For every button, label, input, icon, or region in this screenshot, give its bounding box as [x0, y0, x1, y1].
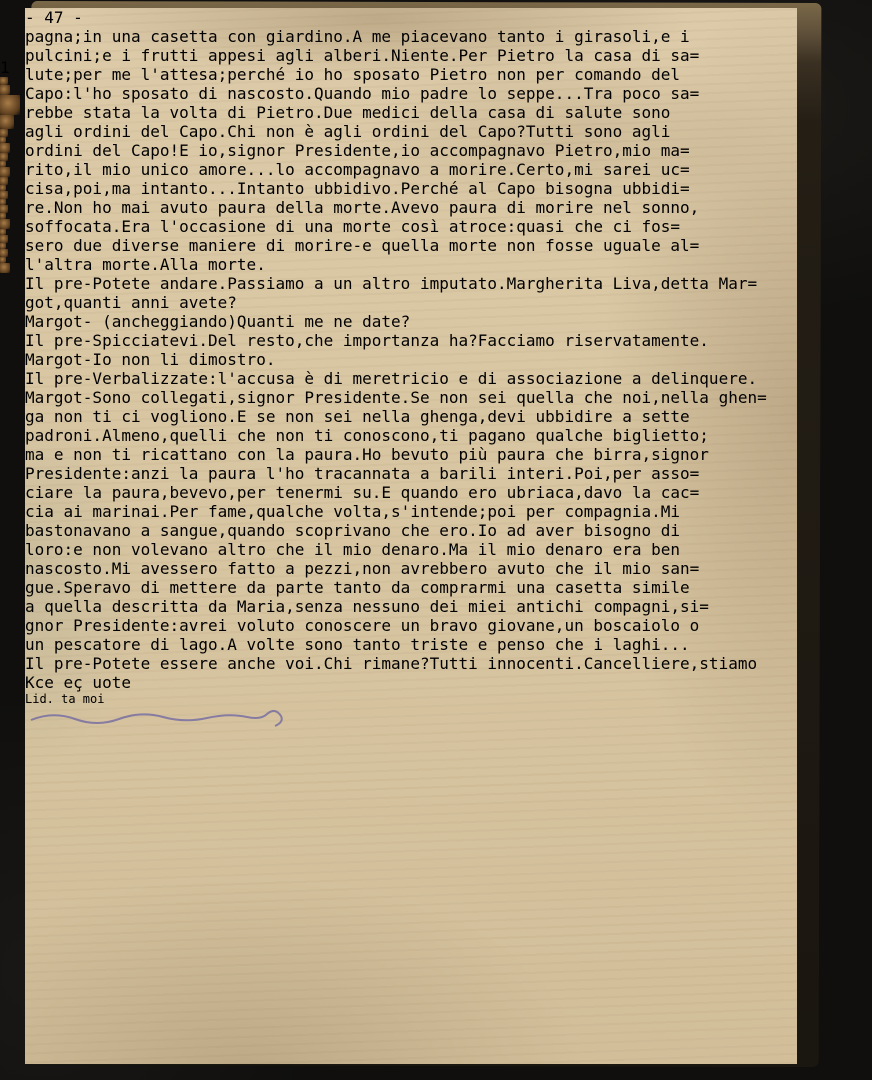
dialogue-text: gnor Presidente:avrei voluto conoscere u…	[25, 616, 699, 635]
wormhole-stain	[0, 205, 8, 213]
wormhole-stain	[0, 95, 20, 115]
dialogue-line: bastonavano a sangue,quando scoprivano c…	[25, 521, 797, 540]
dialogue-text: -Io non li dimostro.	[83, 350, 276, 369]
speaker-label: Il pre	[25, 369, 83, 388]
dialogue-line: Il pre-Spicciatevi.Del resto,che importa…	[25, 331, 797, 350]
monologue-line: soffocata.Era l'occasione di una morte c…	[25, 217, 797, 236]
typed-text-column: pagna;in una casetta con giardino.A me p…	[25, 27, 797, 673]
dialogue-line: a quella descritta da Maria,senza nessun…	[25, 597, 797, 616]
dialogue-text: loro:e non volevano altro che il mio den…	[25, 540, 680, 559]
dialogue-text: Presidente:anzi la paura l'ho tracannata…	[25, 464, 699, 483]
dialogue-text: bastonavano a sangue,quando scoprivano c…	[25, 521, 680, 540]
dialogue-line: cia ai marinai.Per fame,qualche volta,s'…	[25, 502, 797, 521]
wormhole-stain	[0, 129, 8, 137]
speaker-label: Margot	[25, 388, 83, 407]
monologue-line: sero due diverse maniere di morire-e que…	[25, 236, 797, 255]
dialogue-text: -Sono collegati,signor Presidente.Se non…	[83, 388, 767, 407]
speaker-label: Il pre	[25, 274, 83, 293]
dialogue-text: ga non ti ci vogliono.E se non sei nella…	[25, 407, 690, 426]
wormhole-stain	[0, 143, 10, 153]
monologue-line: ordini del Capo!E io,signor Presidente,i…	[25, 141, 797, 160]
monologue-line: cisa,poi,ma intanto...Intanto ubbidivo.P…	[25, 179, 797, 198]
dialogue-text: ma e non ti ricattano con la paura.Ho be…	[25, 445, 709, 464]
page-number: - 47 -	[25, 8, 797, 27]
dialogue-line: Margot-Io non li dimostro.	[25, 350, 797, 369]
handwritten-note: Lid. ta moi	[25, 692, 797, 706]
wormhole-stain	[0, 153, 8, 161]
wormhole-stain	[0, 85, 10, 95]
monologue-line: rito,il mio unico amore...lo accompagnav…	[25, 160, 797, 179]
speaker-label: Il pre	[25, 331, 83, 350]
monologue-line: Capo:l'ho sposato di nascosto.Quando mio…	[25, 84, 797, 103]
dialogue-line: ciare la paura,bevevo,per tenermi su.E q…	[25, 483, 797, 502]
dialogue-line: Presidente:anzi la paura l'ho tracannata…	[25, 464, 797, 483]
handwritten-wavy-underline	[25, 706, 285, 732]
wormhole-stain	[0, 191, 8, 199]
dialogue-line: Il pre-Verbalizzate:l'accusa è di meretr…	[25, 369, 797, 388]
wormhole-stain	[0, 249, 8, 257]
monologue-line: re.Non ho mai avuto paura della morte.Av…	[25, 198, 797, 217]
dialogue-line: gue.Speravo di mettere da parte tanto da…	[25, 578, 797, 597]
handwritten-note: Kce eç uote	[25, 673, 797, 692]
dialogue-text: padroni.Almeno,quelli che non ti conosco…	[25, 426, 709, 445]
scanner-background: - 47 - pagna;in una casetta con giardino…	[0, 0, 872, 1080]
dialogue-text: ciare la paura,bevevo,per tenermi su.E q…	[25, 483, 699, 502]
dialogue-text: gue.Speravo di mettere da parte tanto da…	[25, 578, 690, 597]
dialogue-line: Il pre-Potete andare.Passiamo a un altro…	[25, 274, 797, 293]
wormhole-stain	[0, 167, 10, 177]
monologue-line: lute;per me l'attesa;perché io ho sposat…	[25, 65, 797, 84]
monologue-line: l'altra morte.Alla morte.	[25, 255, 797, 274]
dialogue-text: -Potete andare.Passiamo a un altro imput…	[83, 274, 757, 293]
dialogue-text: nascosto.Mi avessero fatto a pezzi,non a…	[25, 559, 699, 578]
dialogue-text: un pescatore di lago.A volte sono tanto …	[25, 635, 690, 654]
dialogue-line: un pescatore di lago.A volte sono tanto …	[25, 635, 797, 654]
dialogue-line: Il pre-Potete essere anche voi.Chi riman…	[25, 654, 797, 673]
dialogue-line: Margot-Sono collegati,signor Presidente.…	[25, 388, 797, 407]
dialogue-text: -Verbalizzate:l'accusa è di meretricio e…	[83, 369, 757, 388]
wormhole-stain	[0, 263, 10, 273]
dialogue-text: -Potete essere anche voi.Chi rimane?Tutt…	[83, 654, 757, 673]
tab-mark: 1	[0, 58, 10, 77]
dialogue-line: padroni.Almeno,quelli che non ti conosco…	[25, 426, 797, 445]
dialogue-text: -Spicciatevi.Del resto,che importanza ha…	[83, 331, 709, 350]
mirrored-typescript-layer: - 47 - pagna;in una casetta con giardino…	[25, 8, 797, 673]
speaker-label: Il pre	[25, 654, 83, 673]
speaker-label: Margot	[25, 350, 83, 369]
dialogue-line: got,quanti anni avete?	[25, 293, 797, 312]
speaker-label: Margot	[25, 312, 83, 331]
dialogue-line: Margot- (ancheggiando)Quanti me ne date?	[25, 312, 797, 331]
dialogue-text: cia ai marinai.Per fame,qualche volta,s'…	[25, 502, 680, 521]
dialogue-line: loro:e non volevano altro che il mio den…	[25, 540, 797, 559]
dialogue-text: a quella descritta da Maria,senza nessun…	[25, 597, 709, 616]
wormhole-stain	[0, 77, 8, 85]
dialogue-text: - (ancheggiando)Quanti me ne date?	[83, 312, 411, 331]
wormhole-stain	[0, 177, 8, 185]
wormhole-stain	[0, 219, 10, 229]
dialogue-line: ga non ti ci vogliono.E se non sei nella…	[25, 407, 797, 426]
scanned-page: - 47 - pagna;in una casetta con giardino…	[25, 8, 797, 1064]
dialogue-line: ma e non ti ricattano con la paura.Ho be…	[25, 445, 797, 464]
wormhole-stain	[0, 235, 8, 243]
wormhole-stain	[0, 115, 14, 129]
monologue-line: agli ordini del Capo.Chi non è agli ordi…	[25, 122, 797, 141]
dialogue-line: gnor Presidente:avrei voluto conoscere u…	[25, 616, 797, 635]
monologue-line: rebbe stata la volta di Pietro.Due medic…	[25, 103, 797, 122]
dialogue-text: got,quanti anni avete?	[25, 293, 237, 312]
dialogue-line: nascosto.Mi avessero fatto a pezzi,non a…	[25, 559, 797, 578]
